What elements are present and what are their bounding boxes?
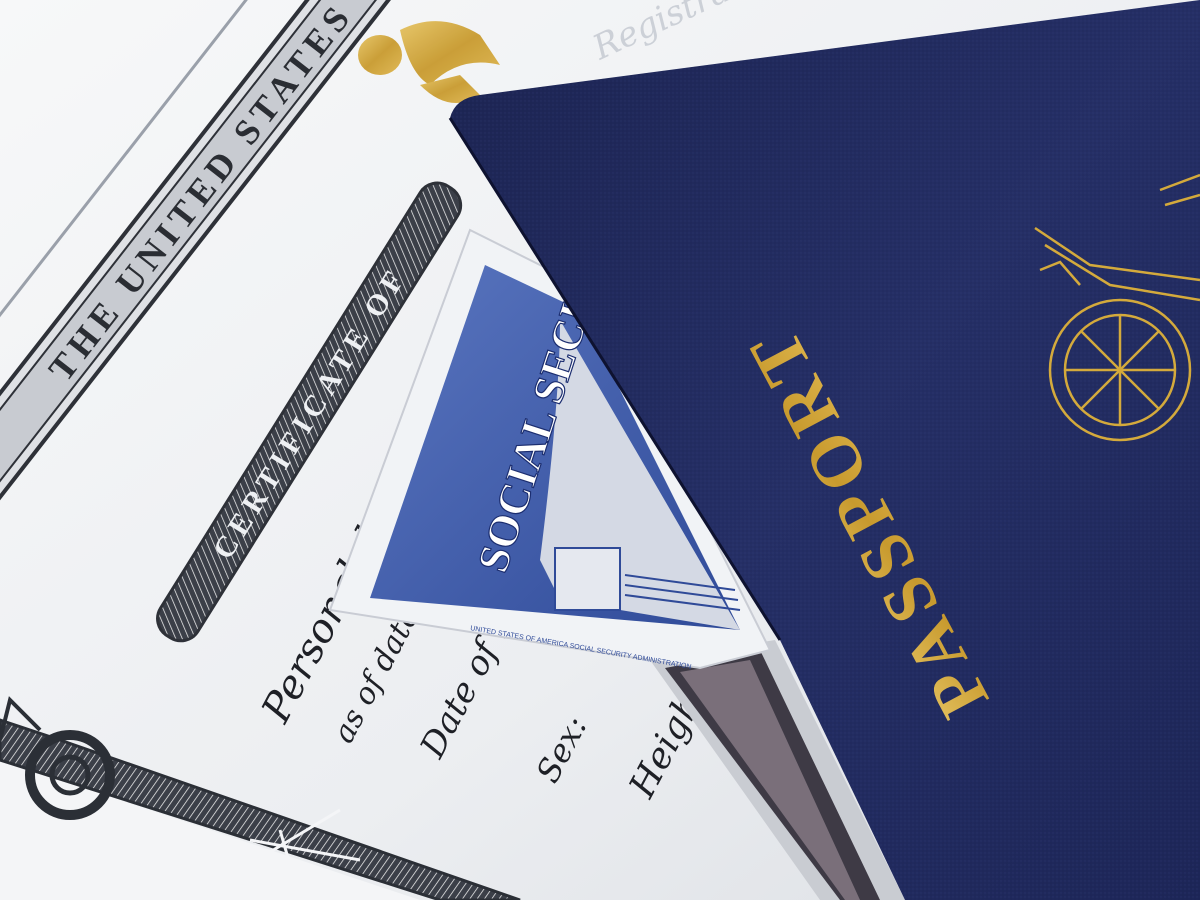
scene-svg: Registrar THE UNITED STATES CERTIFICATE … — [0, 0, 1200, 900]
photo-scene: Registrar THE UNITED STATES CERTIFICATE … — [0, 0, 1200, 900]
